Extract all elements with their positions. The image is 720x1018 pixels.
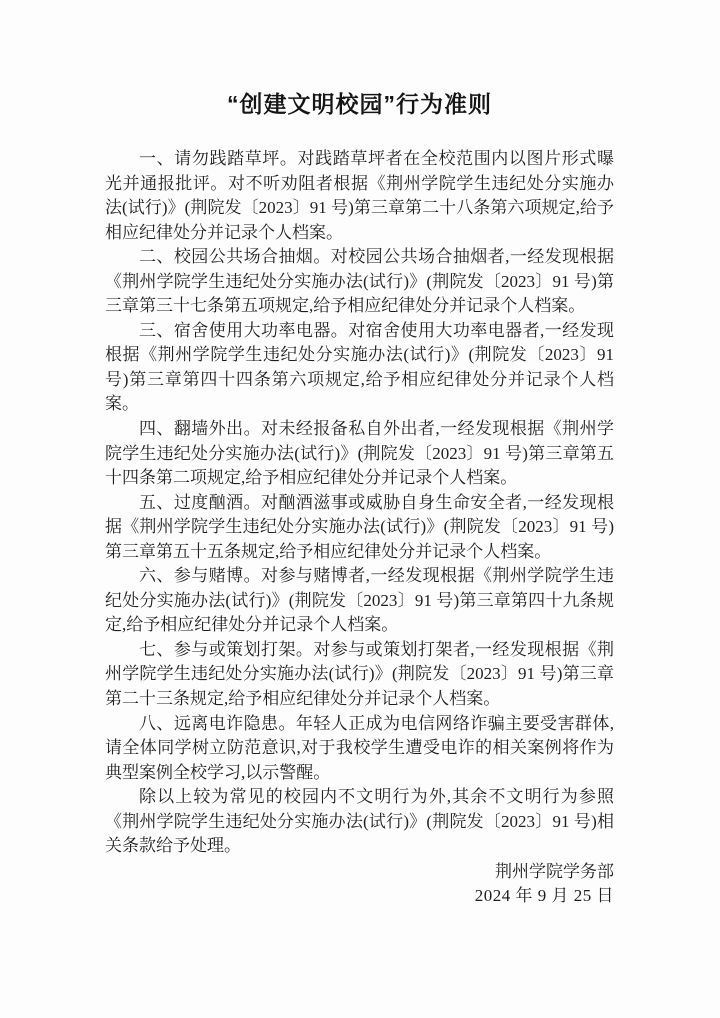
body-paragraph-5: 五、过度酗酒。对酗酒滋事或威胁自身生命安全者,一经发现根据《荆州学院学生违纪处分… <box>105 491 614 565</box>
signature-organization: 荆州学院学务部 <box>105 860 614 885</box>
body-paragraph-closing: 除以上较为常见的校园内不文明行为外,其余不文明行为参照《荆州学院学生违纪处分实施… <box>105 785 614 859</box>
document-title: “创建文明校园”行为准则 <box>105 88 614 120</box>
document-page: “创建文明校园”行为准则 一、请勿践踏草坪。对践踏草坪者在全校范围内以图片形式曝… <box>0 0 720 1018</box>
signature-date: 2024 年 9 月 25 日 <box>105 884 614 909</box>
body-paragraph-7: 七、参与或策划打架。对参与或策划打架者,一经发现根据《荆州学院学生违纪处分实施办… <box>105 638 614 712</box>
signature-block: 荆州学院学务部 2024 年 9 月 25 日 <box>105 860 614 909</box>
body-paragraph-1: 一、请勿践踏草坪。对践踏草坪者在全校范围内以图片形式曝光并通报批评。对不听劝阻者… <box>105 147 614 245</box>
body-paragraph-2: 二、校园公共场合抽烟。对校园公共场合抽烟者,一经发现根据《荆州学院学生违纪处分实… <box>105 245 614 319</box>
body-paragraph-8: 八、远离电诈隐患。年轻人正成为电信网络诈骗主要受害群体,请全体同学树立防范意识,… <box>105 712 614 786</box>
body-paragraph-4: 四、翻墙外出。对未经报备私自外出者,一经发现根据《荆州学院学生违纪处分实施办法(… <box>105 417 614 491</box>
document-body: 一、请勿践踏草坪。对践踏草坪者在全校范围内以图片形式曝光并通报批评。对不听劝阻者… <box>105 147 614 859</box>
body-paragraph-3: 三、宿舍使用大功率电器。对宿舍使用大功率电器者,一经发现根据《荆州学院学生违纪处… <box>105 319 614 417</box>
body-paragraph-6: 六、参与赌博。对参与赌博者,一经发现根据《荆州学院学生违纪处分实施办法(试行)》… <box>105 564 614 638</box>
